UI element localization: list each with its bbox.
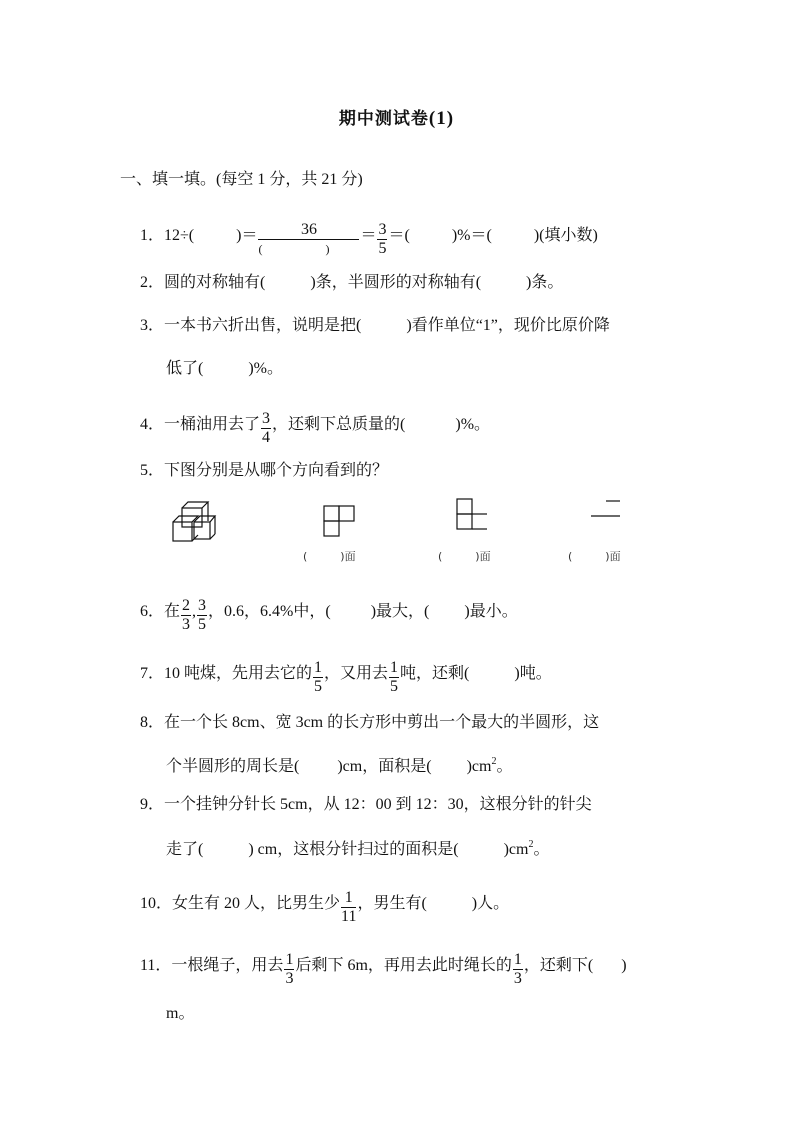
fraction: 111 [341, 889, 356, 926]
q6-text-c: )最大，( [371, 603, 430, 620]
numerator: 1 [284, 951, 294, 970]
fraction: 23 [181, 597, 191, 634]
q2-text-a: 圆的对称轴有( [164, 274, 265, 291]
question-9: 9．一个挂钟分针长 5cm，从 12：00 到 12：30，这根分针的针尖 [140, 795, 592, 815]
denominator: 3 [284, 970, 294, 988]
denominator: 5 [197, 616, 207, 634]
question-11-cont: m。 [166, 1004, 194, 1024]
q1-text-f: )(填小数) [534, 227, 598, 244]
q9-text-e: 。 [533, 841, 549, 858]
question-6: 6．在23,35，0.6，6.4%中，()最大，()最小。 [140, 594, 518, 631]
q3-text-a: 一本书六折出售，说明是把( [164, 317, 361, 334]
q1-text-d: ＝( [388, 227, 409, 244]
q7-text-d: )吨。 [514, 665, 551, 682]
q7-text-a: 10 吨煤，先用去它的 [164, 665, 312, 682]
question-number: 3． [140, 317, 164, 334]
section-heading: 一、填一填。(每空 1 分，共 21 分) [120, 170, 363, 190]
fraction: 13 [284, 951, 294, 988]
page-title: 期中测试卷(1) [0, 104, 793, 130]
question-2: 2．圆的对称轴有()条，半圆形的对称轴有()条。 [140, 273, 563, 293]
denominator: 11 [341, 908, 356, 926]
q6-text-a: 在 [164, 603, 180, 620]
q11-text-c: ，还剩下( [524, 957, 593, 974]
question-11: 11．一根绳子，用去13后剩下 6m，再用去此时绳长的13，还剩下() [140, 948, 627, 985]
numerator: 3 [377, 221, 387, 240]
view-figures: ( )面 ( )面 ( )面 [160, 490, 680, 570]
q4-text-a: 一桶油用去了 [164, 416, 260, 433]
numerator: 1 [313, 659, 323, 678]
view-figure-1 [323, 504, 357, 538]
q1-text-c: ＝ [360, 227, 376, 244]
question-number: 5． [140, 462, 164, 479]
q9-text-a: 一个挂钟分针长 5cm，从 12：00 到 12：30，这根分针的针尖 [164, 796, 592, 813]
cube-stack-figure [170, 495, 220, 545]
q1-text-b: )＝ [236, 227, 257, 244]
question-number: 10． [140, 895, 172, 912]
q8-text-c: )cm，面积是( [337, 758, 431, 775]
numerator: 3 [197, 597, 207, 616]
fraction: 35 [377, 221, 387, 258]
question-5: 5．下图分别是从哪个方向看到的？ [140, 461, 388, 481]
q8-text-d: )cm [467, 758, 492, 775]
question-number: 4． [140, 416, 164, 433]
q8-text-a: 在一个长 8cm、宽 3cm 的长方形中剪出一个最大的半圆形，这 [164, 714, 599, 731]
title-number: (1) [429, 108, 454, 129]
question-3: 3．一本书六折出售，说明是把()看作单位“1”，现价比原价降 [140, 316, 610, 336]
question-10: 10．女生有 20 人，比男生少111，男生有()人。 [140, 886, 509, 923]
question-number: 9． [140, 796, 164, 813]
question-3-cont: 低了()%。 [166, 359, 283, 379]
question-number: 8． [140, 714, 164, 731]
q10-text-c: )人。 [472, 895, 509, 912]
q8-text-b: 个半圆形的周长是( [166, 758, 299, 775]
fraction: 35 [197, 597, 207, 634]
q7-text-c: 吨，还剩( [400, 665, 469, 682]
q1-text-e: )%＝( [452, 227, 492, 244]
numerator: 2 [181, 597, 191, 616]
view-figure-2 [456, 497, 490, 535]
question-8-cont: 个半圆形的周长是()cm，面积是()cm2。 [166, 752, 512, 777]
question-1: 1．12÷()＝36( )＝35＝()%＝()(填小数) [140, 218, 598, 255]
q3-text-d: )%。 [248, 360, 283, 377]
fraction: 34 [261, 410, 271, 447]
denominator: 5 [389, 678, 399, 696]
view-figure-3 [590, 495, 630, 523]
q4-text-c: )%。 [455, 416, 490, 433]
q6-sep: , [192, 603, 196, 620]
fraction: 15 [313, 659, 323, 696]
q9-text-d: )cm [504, 841, 529, 858]
q3-text-b: )看作单位“1”，现价比原价降 [406, 317, 610, 334]
denominator: 4 [261, 429, 271, 447]
question-number: 11． [140, 957, 171, 974]
q9-text-b: 走了( [166, 841, 203, 858]
numerator: 1 [513, 951, 523, 970]
title-text: 期中测试卷 [339, 109, 429, 129]
q2-text-b: )条，半圆形的对称轴有( [310, 274, 481, 291]
numerator: 1 [389, 659, 399, 678]
q3-text-c: 低了( [166, 360, 203, 377]
q10-text-b: ，男生有( [357, 895, 426, 912]
q4-text-b: ，还剩下总质量的( [272, 416, 405, 433]
q7-text-b: ，又用去 [324, 665, 388, 682]
q6-text-d: )最小。 [464, 603, 517, 620]
q6-text-b: ，0.6，6.4%中，( [208, 603, 331, 620]
denominator: 3 [513, 970, 523, 988]
question-9-cont: 走了() cm，这根分针扫过的面积是()cm2。 [166, 835, 549, 860]
q5-text: 下图分别是从哪个方向看到的？ [164, 462, 388, 479]
numerator: 3 [261, 410, 271, 429]
question-number: 7． [140, 665, 164, 682]
fraction: 13 [513, 951, 523, 988]
view-label-2[interactable]: ( )面 [438, 548, 491, 564]
q11-text-d: ) [621, 957, 626, 974]
question-number: 6． [140, 603, 164, 620]
denominator: 5 [377, 240, 387, 258]
answer-blank-denominator[interactable]: ( ) [258, 240, 359, 258]
question-number: 2． [140, 274, 164, 291]
q2-text-c: )条。 [526, 274, 563, 291]
q11-text-b: 后剩下 6m，再用去此时绳长的 [295, 957, 511, 974]
q1-text-a: 12÷( [164, 227, 194, 244]
q10-text-a: 女生有 20 人，比男生少 [172, 895, 340, 912]
q8-text-e: 。 [496, 758, 512, 775]
question-number: 1． [140, 227, 164, 244]
fraction: 36( ) [258, 221, 359, 258]
q11-text-a: 一根绳子，用去 [171, 957, 283, 974]
numerator: 1 [341, 889, 356, 908]
numerator: 36 [258, 221, 359, 240]
question-8: 8．在一个长 8cm、宽 3cm 的长方形中剪出一个最大的半圆形，这 [140, 713, 599, 733]
question-7: 7．10 吨煤，先用去它的15，又用去15吨，还剩()吨。 [140, 656, 552, 693]
q9-text-c: ) cm，这根分针扫过的面积是( [248, 841, 458, 858]
question-4: 4．一桶油用去了34，还剩下总质量的()%。 [140, 407, 490, 444]
denominator: 3 [181, 616, 191, 634]
fraction: 15 [389, 659, 399, 696]
view-label-3[interactable]: ( )面 [568, 548, 621, 564]
denominator: 5 [313, 678, 323, 696]
view-label-1[interactable]: ( )面 [303, 548, 356, 564]
